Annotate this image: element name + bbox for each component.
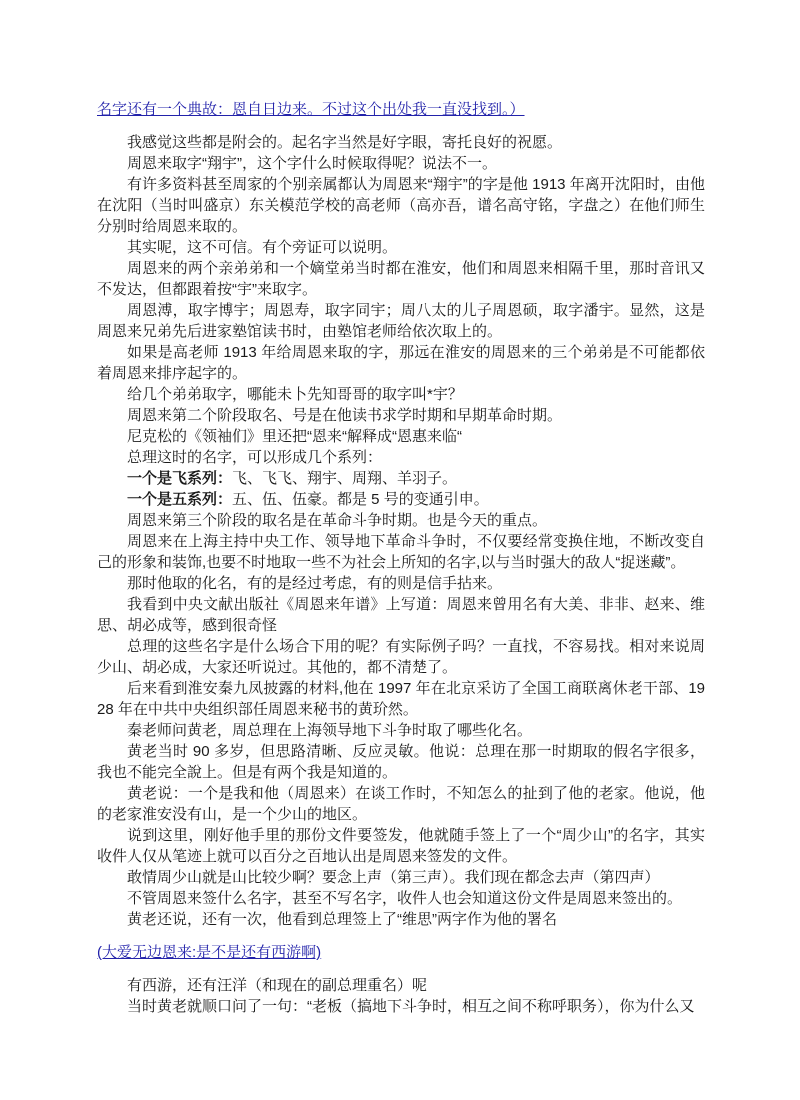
- paragraph: 黄老当时 90 多岁，但思路清晰、反应灵敏。他说：总理在那一时期取的假名字很多，…: [97, 741, 705, 783]
- paragraph: 说到这里，刚好他手里的那份文件要签发，他就随手签上了一个“周少山”的名字，其实收…: [97, 825, 705, 867]
- paragraph: 周恩溥，取字博宇；周恩寿，取字同宇；周八太的儿子周恩硕，取字潘宇。显然，这是周恩…: [97, 300, 705, 342]
- series-label: 一个是五系列：: [127, 491, 232, 508]
- paragraph: 其实呢，这不可信。有个旁证可以说明。: [97, 237, 705, 258]
- paragraph: 周恩来的两个亲弟弟和一个嫡堂弟当时都在淮安，他们和周恩来相隔千里，那时音讯又不发…: [97, 258, 705, 300]
- paragraph: 不管周恩来签什么名字，甚至不写名字，收件人也会知道这份文件是周恩来签出的。: [97, 888, 705, 909]
- paragraph: 总理这时的名字，可以形成几个系列：: [97, 447, 705, 468]
- article-body: 名字还有一个典故：恩自日边来。不过这个出处我一直没找到。）我感觉这些都是附会的。…: [97, 99, 705, 1017]
- quote-link-line[interactable]: (大爱无边恩来:是不是还有西游啊): [97, 942, 705, 963]
- paragraph: 那时他取的化名，有的是经过考虑，有的则是信手拈来。: [97, 573, 705, 594]
- paragraph: 周恩来第三个阶段的取名是在革命斗争时期。也是今天的重点。: [97, 510, 705, 531]
- paragraph: 敢情周少山就是山比较少啊？要念上声（第三声）。我们现在都念去声（第四声）: [97, 867, 705, 888]
- quote-link-line[interactable]: 名字还有一个典故：恩自日边来。不过这个出处我一直没找到。）: [97, 99, 705, 120]
- paragraph: 尼克松的《领袖们》里还把“恩来“解释成“恩惠来临“: [97, 426, 705, 447]
- paragraph: 给几个弟弟取字，哪能未卜先知哥哥的取字叫*宇？: [97, 384, 705, 405]
- series-label: 一个是飞系列：: [127, 470, 232, 487]
- series-paragraph: 一个是飞系列：飞、飞飞、翔宇、周翔、羊羽子。: [97, 468, 705, 489]
- paragraph: 后来看到淮安秦九凤披露的材料,他在 1997 年在北京采访了全国工商联离休老干部…: [97, 678, 705, 720]
- paragraph: 有西游，还有汪洋（和现在的副总理重名）呢: [97, 975, 705, 996]
- paragraph: 如果是高老师 1913 年给周恩来取的字，那远在淮安的周恩来的三个弟弟是不可能都…: [97, 342, 705, 384]
- paragraph: 周恩来第二个阶段取名、号是在他读书求学时期和早期革命时期。: [97, 405, 705, 426]
- paragraph: 黄老还说，还有一次，他看到总理签上了“维思”两字作为他的署名: [97, 909, 705, 930]
- paragraph: 我感觉这些都是附会的。起名字当然是好字眼，寄托良好的祝愿。: [97, 132, 705, 153]
- paragraph: 总理的这些名字是什么场合下用的呢？有实际例子吗？一直找，不容易找。相对来说周少山…: [97, 636, 705, 678]
- document-page: 名字还有一个典故：恩自日边来。不过这个出处我一直没找到。）我感觉这些都是附会的。…: [97, 99, 705, 1017]
- paragraph: 有许多资料甚至周家的个别亲属都认为周恩来“翔宇”的字是他 1913 年离开沈阳时…: [97, 174, 705, 237]
- paragraph: 周恩来取字“翔宇”，这个字什么时候取得呢？说法不一。: [97, 153, 705, 174]
- paragraph: 当时黄老就顺口问了一句：“老板（搞地下斗争时，相互之间不称呼职务），你为什么又: [97, 996, 705, 1017]
- series-paragraph: 一个是五系列：五、伍、伍豪。都是 5 号的变通引申。: [97, 489, 705, 510]
- paragraph: 周恩来在上海主持中央工作、领导地下革命斗争时，不仅要经常变换住地，不断改变自己的…: [97, 531, 705, 573]
- paragraph: 黄老说：一个是我和他（周恩来）在谈工作时，不知怎么的扯到了他的老家。他说，他的老…: [97, 783, 705, 825]
- paragraph: 我看到中央文献出版社《周恩来年谱》上写道：周恩来曾用名有大美、非非、赵来、维思、…: [97, 594, 705, 636]
- paragraph: 秦老师问黄老，周总理在上海领导地下斗争时取了哪些化名。: [97, 720, 705, 741]
